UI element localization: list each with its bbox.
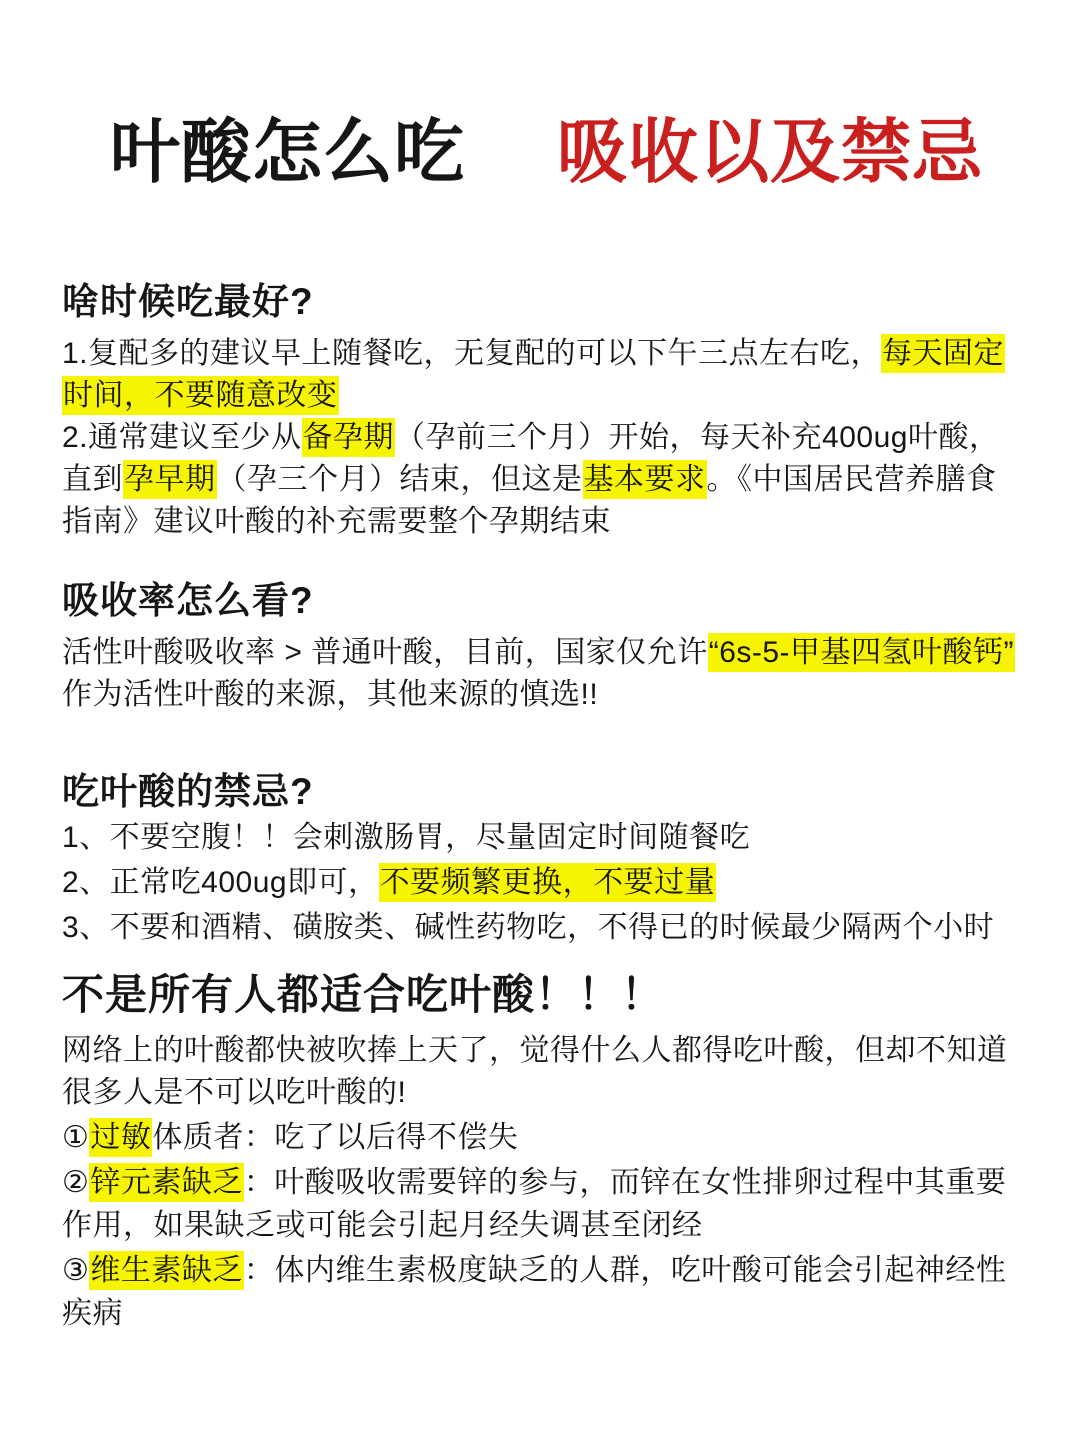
text-run: 2、正常吃400ug即可，	[62, 866, 379, 899]
title-subtopic: 吸收以及禁忌	[557, 113, 983, 191]
text-run: （孕三个月）结束，但这是	[217, 463, 583, 496]
folic-acid-note-page: 叶酸怎么吃吸收以及禁忌 啥时候吃最好? 1.复配多的建议早上随餐吃，无复配的可以…	[0, 0, 1080, 1440]
text-run: 体质者：吃了以后得不偿失	[152, 1121, 518, 1154]
absorption-paragraph: 活性叶酸吸收率 > 普通叶酸，目前，国家仅允许“6s-5-甲基四氢叶酸钙”作为活…	[62, 632, 1020, 716]
taboos-heading: 吃叶酸的禁忌?	[62, 770, 1020, 814]
taboo-item-2: 2、正常吃400ug即可，不要频繁更换，不要过量	[62, 861, 1020, 904]
highlight-basic-requirement: 基本要求	[583, 460, 707, 499]
text-run: 作为活性叶酸的来源，其他来源的慎选!!	[62, 678, 598, 711]
title-topic: 叶酸怎么吃	[110, 113, 465, 191]
highlight-allergy: 过敏	[89, 1118, 152, 1157]
section-absorption-rate: 吸收率怎么看? 活性叶酸吸收率 > 普通叶酸，目前，国家仅允许“6s-5-甲基四…	[62, 579, 1020, 716]
section-taboos: 吃叶酸的禁忌? 1、不要空腹！！会刺激肠胃，尽量固定时间随餐吃 2、正常吃400…	[62, 770, 1020, 949]
taboo-item-3: 3、不要和酒精、磺胺类、碱性药物吃，不得已的时候最少隔两个小时	[62, 906, 1020, 949]
highlight-vitamin-deficiency: 维生素缺乏	[89, 1251, 244, 1290]
unsuitable-group-1: ①过敏体质者：吃了以后得不偿失	[62, 1116, 1020, 1159]
highlight-early-pregnancy: 孕早期	[123, 460, 217, 499]
text-run: 1.复配多的建议早上随餐吃，无复配的可以下午三点左右吃，	[62, 337, 881, 370]
circled-number-1: ①	[62, 1121, 89, 1154]
taboo-item-1: 1、不要空腹！！会刺激肠胃，尽量固定时间随餐吃	[62, 816, 1020, 859]
when-to-take-heading: 啥时候吃最好?	[62, 280, 1020, 324]
absorption-rate-heading: 吸收率怎么看?	[62, 579, 1020, 623]
timing-point-1: 1.复配多的建议早上随餐吃，无复配的可以下午三点左右吃，每天固定时间，不要随意改…	[62, 333, 1020, 417]
section-not-for-everyone: 不是所有人都适合吃叶酸！！！ 网络上的叶酸都快被吹捧上天了，觉得什么人都得吃叶酸…	[62, 969, 1020, 1335]
circled-number-2: ②	[62, 1166, 89, 1199]
highlight-zinc-deficiency: 锌元素缺乏	[89, 1163, 244, 1202]
highlight-methylfolate-calcium: “6s-5-甲基四氢叶酸钙”	[708, 633, 1015, 672]
page-title: 叶酸怎么吃吸收以及禁忌	[62, 112, 1020, 192]
section-when-to-take: 啥时候吃最好? 1.复配多的建议早上随餐吃，无复配的可以下午三点左右吃，每天固定…	[62, 280, 1020, 543]
highlight-preparation-period: 备孕期	[302, 418, 396, 457]
text-run: 活性叶酸吸收率 > 普通叶酸，目前，国家仅允许	[62, 636, 708, 669]
text-run: 2.通常建议至少从	[62, 421, 302, 454]
not-for-everyone-heading: 不是所有人都适合吃叶酸！！！	[62, 969, 1020, 1021]
text-run: 1、不要空腹！！会刺激肠胃，尽量固定时间随餐吃	[62, 821, 750, 854]
not-for-everyone-intro: 网络上的叶酸都快被吹捧上天了，觉得什么人都得吃叶酸，但却不知道很多人是不可以吃叶…	[62, 1030, 1020, 1114]
timing-point-2: 2.通常建议至少从备孕期（孕前三个月）开始，每天补充400ug叶酸，直到孕早期（…	[62, 417, 1020, 543]
circled-number-3: ③	[62, 1254, 89, 1287]
text-run: 3、不要和酒精、磺胺类、碱性药物吃，不得已的时候最少隔两个小时	[62, 911, 994, 944]
unsuitable-group-3: ③维生素缺乏：体内维生素极度缺乏的人群，吃叶酸可能会引起神经性疾病	[62, 1249, 1020, 1335]
highlight-no-frequent-change: 不要频繁更换，不要过量	[379, 863, 717, 902]
unsuitable-group-2: ②锌元素缺乏：叶酸吸收需要锌的参与，而锌在女性排卵过程中其重要作用，如果缺乏或可…	[62, 1161, 1020, 1247]
